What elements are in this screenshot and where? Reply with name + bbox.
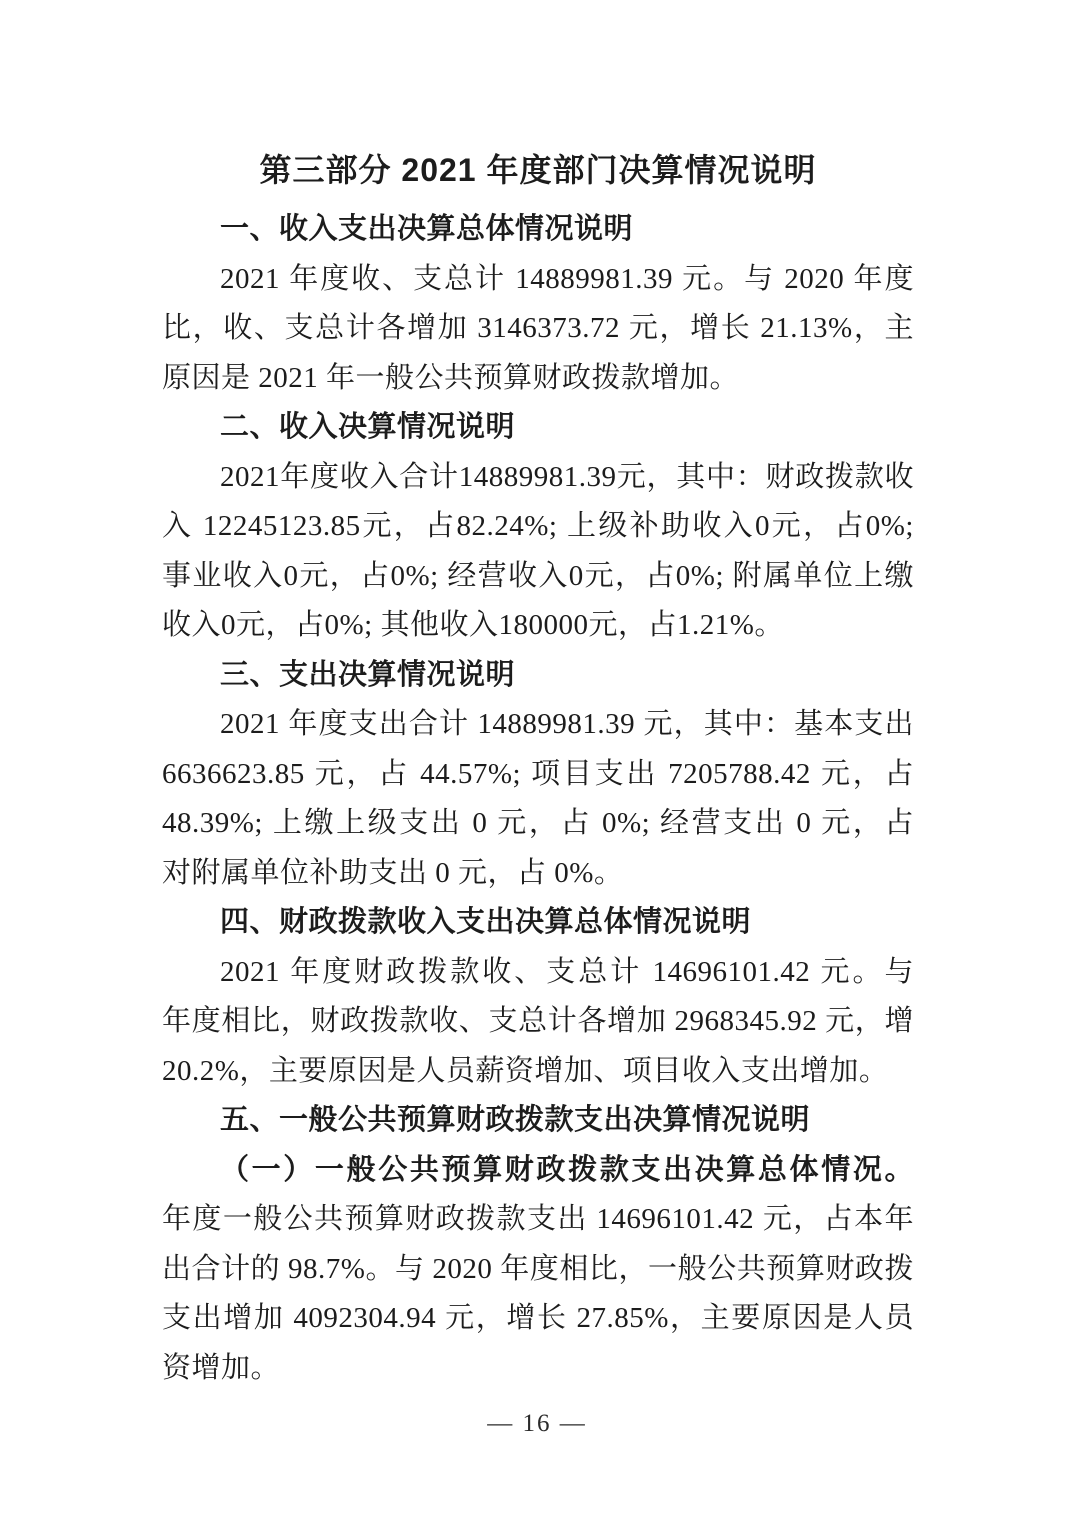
text-line: 48.39%; 上缴上级支出 0 元，占 0%; 经营支出 0 元，占 0%， <box>162 799 914 849</box>
text-segment: 2021 年度收、支总计 14889981.39 元。与 2020 年度相 <box>162 263 914 305</box>
document-page: 第三部分 2021 年度部门决算情况说明 一、收入支出决算总体情况说明2021 … <box>0 0 1074 1520</box>
text-segment: 入 12245123.85元，占82.24%; 上级补助收入0元，占0%; <box>162 510 914 542</box>
text-line: 比，收、支总计各增加 3146373.72 元，增长 21.13%，主要 <box>162 304 914 354</box>
section-heading: 五、一般公共预算财政拨款支出决算情况说明 <box>162 1096 914 1146</box>
text-line: 2021年度收入合计14889981.39元，其中：财政拨款收 <box>162 453 914 503</box>
text-line: 6636623.85 元，占 44.57%; 项目支出 7205788.42 元… <box>162 750 914 800</box>
text-segment: 原因是 2021 年一般公共预算财政拨款增加。 <box>162 362 739 394</box>
page-footer: — 16 — <box>0 1408 1074 1440</box>
text-segment: 48.39%; 上缴上级支出 0 元，占 0%; 经营支出 0 元，占 0%， <box>162 807 914 849</box>
text-segment: 资增加。 <box>162 1352 280 1384</box>
text-segment: 20.2%，主要原因是人员薪资增加、项目收入支出增加。 <box>162 1055 888 1087</box>
text-line: 对附属单位补助支出 0 元，占 0%。 <box>162 849 914 899</box>
text-line: 2021 年度收、支总计 14889981.39 元。与 2020 年度相 <box>162 255 914 305</box>
text-segment: 事业收入0元，占0%; 经营收入0元，占0%; 附属单位上缴 <box>162 560 914 592</box>
text-segment: 三、支出决算情况说明 <box>220 659 515 691</box>
text-segment: 年度一般公共预算财政拨款支出 14696101.42 元，占本年支 <box>162 1203 914 1245</box>
text-line: 事业收入0元，占0%; 经营收入0元，占0%; 附属单位上缴 <box>162 552 914 602</box>
text-segment: 对附属单位补助支出 0 元，占 0%。 <box>162 857 623 889</box>
document-viewport: { "colors": { "background": "#ffffff", "… <box>0 0 1074 1520</box>
text-segment: 2021 年度支出合计 14889981.39 元，其中：基本支出 <box>220 708 914 740</box>
text-line: 20.2%，主要原因是人员薪资增加、项目收入支出增加。 <box>162 1047 914 1097</box>
text-segment: 二、收入决算情况说明 <box>220 411 515 443</box>
text-segment: 一、收入支出决算总体情况说明 <box>220 213 633 245</box>
text-line: （一）一般公共预算财政拨款支出决算总体情况。2021 <box>162 1146 914 1196</box>
text-segment: 四、财政拨款收入支出决算总体情况说明 <box>220 906 751 938</box>
text-segment: 6636623.85 元，占 44.57%; 项目支出 7205788.42 元… <box>162 758 914 790</box>
text-line: 2021 年度支出合计 14889981.39 元，其中：基本支出 <box>162 700 914 750</box>
text-segment: 支出增加 4092304.94 元，增长 27.85%，主要原因是人员薪 <box>162 1302 914 1344</box>
text-segment: 五、一般公共预算财政拨款支出决算情况说明 <box>220 1104 810 1136</box>
text-line: 2021 年度财政拨款收、支总计 14696101.42 元。与 2020 <box>162 948 914 998</box>
text-line: 出合计的 98.7%。与 2020 年度相比，一般公共预算财政拨款 <box>162 1245 914 1295</box>
text-line: 资增加。 <box>162 1344 914 1394</box>
document-title: 第三部分 2021 年度部门决算情况说明 <box>162 150 914 190</box>
section-heading: 一、收入支出决算总体情况说明 <box>162 205 914 255</box>
text-line: 年度一般公共预算财政拨款支出 14696101.42 元，占本年支 <box>162 1195 914 1245</box>
text-line: 年度相比，财政拨款收、支总计各增加 2968345.92 元，增长 <box>162 997 914 1047</box>
text-line: 收入0元，占0%; 其他收入180000元，占1.21%。 <box>162 601 914 651</box>
text-segment: 2021年度收入合计14889981.39元，其中：财政拨款收 <box>220 461 914 493</box>
text-segment: 年度相比，财政拨款收、支总计各增加 2968345.92 元，增长 <box>162 1005 914 1047</box>
text-segment: 收入0元，占0%; 其他收入180000元，占1.21%。 <box>162 609 784 641</box>
text-segment: 2021 年度财政拨款收、支总计 14696101.42 元。与 2020 <box>162 956 914 998</box>
section-heading: 四、财政拨款收入支出决算总体情况说明 <box>162 898 914 948</box>
page-number: — 16 — <box>487 1410 587 1437</box>
text-segment: 比，收、支总计各增加 3146373.72 元，增长 21.13%，主要 <box>162 312 914 354</box>
text-line: 支出增加 4092304.94 元，增长 27.85%，主要原因是人员薪 <box>162 1294 914 1344</box>
text-line: 入 12245123.85元，占82.24%; 上级补助收入0元，占0%; <box>162 502 914 552</box>
text-line: 原因是 2021 年一般公共预算财政拨款增加。 <box>162 354 914 404</box>
text-segment: 出合计的 98.7%。与 2020 年度相比，一般公共预算财政拨款 <box>162 1253 914 1295</box>
text-segment: （一）一般公共预算财政拨款支出决算总体情况。 <box>220 1154 914 1186</box>
section-heading: 三、支出决算情况说明 <box>162 651 914 701</box>
section-heading: 二、收入决算情况说明 <box>162 403 914 453</box>
document-body: 一、收入支出决算总体情况说明2021 年度收、支总计 14889981.39 元… <box>162 205 914 1393</box>
